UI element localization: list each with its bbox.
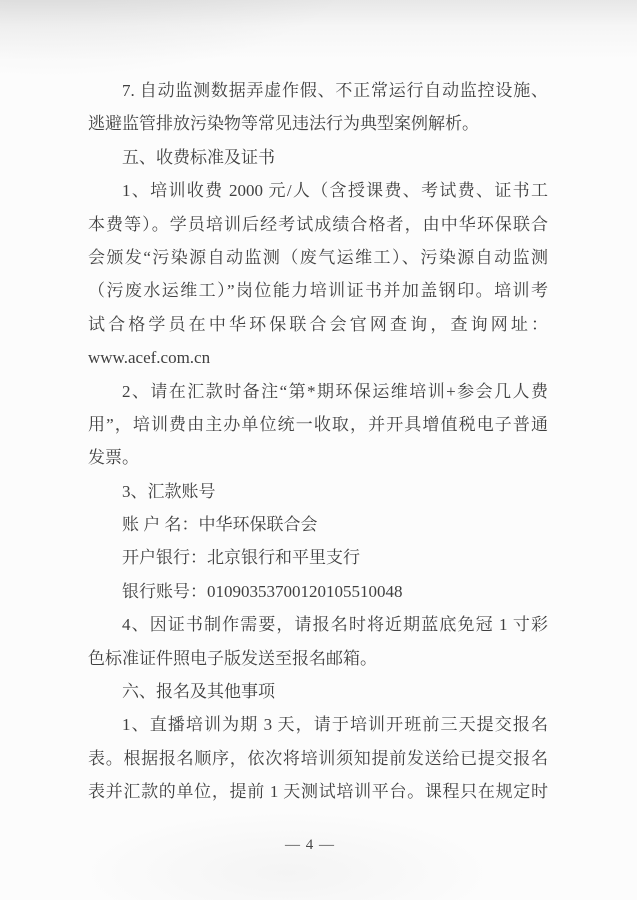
text-line: 1、直播培训为期 3 天，请于培训开班前三天提交报名 bbox=[88, 708, 548, 741]
text-line: 会颁发“污染源自动监测（废气运维工）、污染源自动监测 bbox=[88, 241, 548, 274]
text-line: 4、因证书制作需要，请报名时将近期蓝底免冠 1 寸彩 bbox=[88, 608, 548, 641]
document-body: 7. 自动监测数据弄虚作假、不正常运行自动监控设施、逃避监管排放污染物等常见违法… bbox=[88, 74, 548, 809]
text-line: 表。根据报名顺序，依次将培训须知提前发送给已提交报名 bbox=[88, 742, 548, 775]
text-line: 表并汇款的单位，提前 1 天测试培训平台。课程只在规定时 bbox=[88, 775, 548, 808]
text-line: 五、收费标准及证书 bbox=[88, 141, 548, 174]
text-line: 银行账号：01090353700120105510048 bbox=[88, 575, 548, 608]
text-line: 用”，培训费由主办单位统一收取，并开具增值税电子普通 bbox=[88, 408, 548, 441]
text-line: 试合格学员在中华环保联合会官网查询，查询网址： bbox=[88, 308, 548, 341]
text-line: 发票。 bbox=[88, 441, 548, 474]
text-line: 开户银行：北京银行和平里支行 bbox=[88, 541, 548, 574]
text-line: （污废水运维工）”岗位能力培训证书并加盖钢印。培训考 bbox=[88, 274, 548, 307]
text-line: 本费等）。学员培训后经考试成绩合格者，由中华环保联合 bbox=[88, 208, 548, 241]
text-line: 逃避监管排放污染物等常见违法行为典型案例解析。 bbox=[88, 107, 548, 140]
text-line: 2、请在汇款时备注“第*期环保运维培训+参会几人费 bbox=[88, 375, 548, 408]
document-page: 7. 自动监测数据弄虚作假、不正常运行自动监控设施、逃避监管排放污染物等常见违法… bbox=[0, 0, 637, 900]
text-line: 7. 自动监测数据弄虚作假、不正常运行自动监控设施、 bbox=[88, 74, 548, 107]
text-line: 色标准证件照电子版发送至报名邮箱。 bbox=[88, 642, 548, 675]
text-line: www.acef.com.cn bbox=[88, 341, 548, 374]
text-line: 3、汇款账号 bbox=[88, 475, 548, 508]
text-line: 1、培训收费 2000 元/人（含授课费、考试费、证书工 bbox=[88, 174, 548, 207]
page-number: — 4 — bbox=[285, 837, 335, 853]
text-line: 六、报名及其他事项 bbox=[88, 675, 548, 708]
page-footer: — 4 — bbox=[0, 834, 620, 856]
text-line: 账 户 名：中华环保联合会 bbox=[88, 508, 548, 541]
